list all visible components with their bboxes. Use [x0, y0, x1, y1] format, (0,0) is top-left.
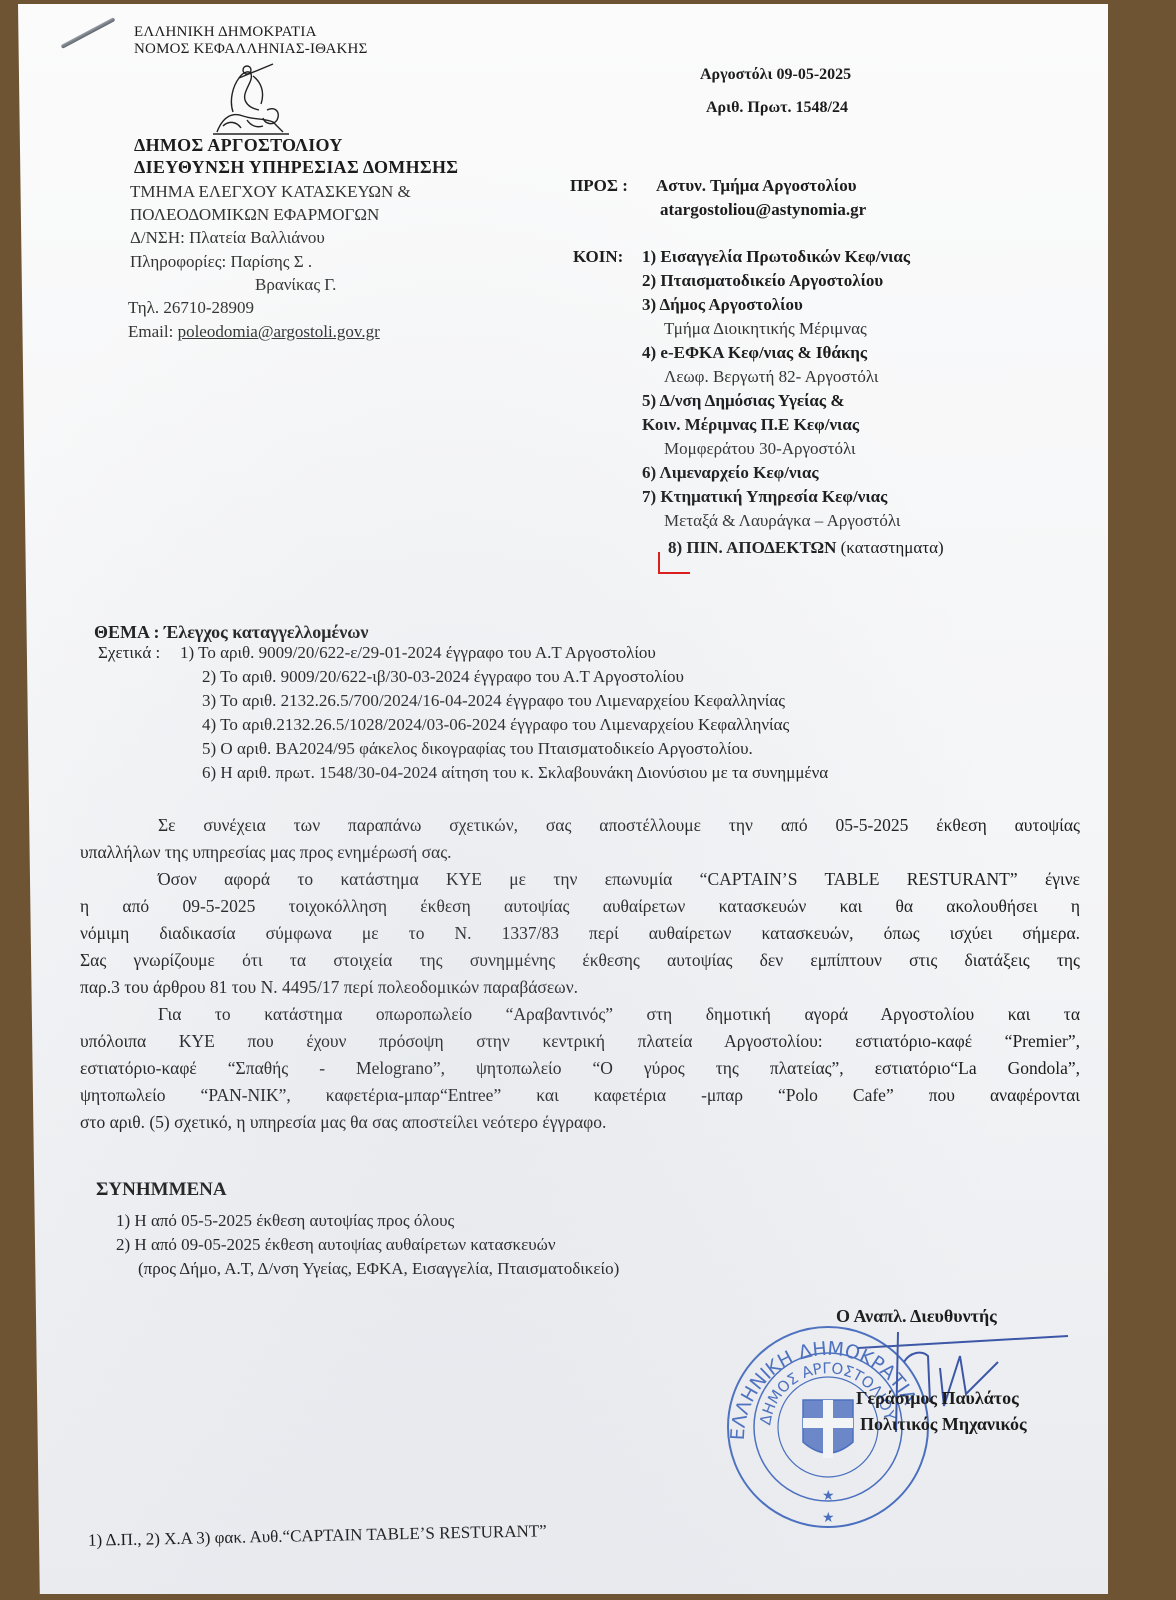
koin-item: 3) Δήμος Αργοστολίου	[642, 293, 910, 317]
body-line: υπόλοιπα ΚΥΕ που έχουν πρόσοψη στην κεντ…	[80, 1028, 1080, 1055]
department-line-1: ΤΜΗΜΑ ΕΛΕΓΧΟΥ ΚΑΤΑΣΚΕΥΩΝ &	[130, 180, 411, 203]
subject-label: ΘΕΜΑ :	[94, 622, 160, 642]
koin-item: Τμήμα Διοικητικής Μέριμνας	[642, 317, 910, 341]
email-link[interactable]: poleodomia@argostoli.gov.gr	[178, 322, 380, 341]
related-item: 3) Το αριθ. 2132.26.5/700/2024/16-04-202…	[180, 689, 828, 713]
staple-icon	[61, 17, 116, 49]
koin-item: 2) Πταισματοδικείο Αργοστολίου	[642, 269, 910, 293]
recipient-email[interactable]: atargostoliou@astynomia.gr	[660, 200, 866, 220]
info-second-contact: Βρανίκας Γ.	[255, 273, 336, 296]
koin-item-8: 8) ΠΙΝ. ΑΠΟΔΕΚΤΩΝ (καταστηματα)	[668, 538, 944, 558]
related-list: 1) Το αριθ. 9009/20/622-ε/29-01-2024 έγγ…	[180, 641, 828, 785]
body-line: Σε συνέχεια των παραπάνω σχετικών, σας α…	[80, 812, 1080, 839]
body-line: νόμιμη διαδικασία σύμφωνα με το Ν. 1337/…	[80, 920, 1080, 947]
body-line: η από 09-5-2025 τοιχοκόλληση έκθεση αυτο…	[80, 893, 1080, 920]
country-header: ΕΛΛΗΝΙΚΗ ΔΗΜΟΚΡΑΤΙΑ	[134, 24, 317, 41]
related-item: 1) Το αριθ. 9009/20/622-ε/29-01-2024 έγγ…	[180, 641, 828, 665]
recipient-label: ΠΡΟΣ :	[570, 176, 628, 196]
signatory-name: Γεράσιμος Παυλάτος	[856, 1388, 1019, 1409]
attachments-list: 1) Η από 05-5-2025 έκθεση αυτοψίας προς …	[116, 1209, 619, 1281]
koin-item: Μομφεράτου 30-Αργοστόλι	[642, 437, 910, 461]
email-row: Email: poleodomia@argostoli.gov.gr	[128, 320, 380, 343]
related-item: 5) Ο αριθ. ΒΑ2024/95 φάκελος δικογραφίας…	[180, 737, 828, 761]
prefecture-header: ΝΟΜΟΣ ΚΕΦΑΛΛΗΝΙΑΣ-ΙΘΑΚΗΣ	[134, 41, 368, 58]
koin-label: ΚΟΙΝ:	[573, 245, 623, 269]
protocol-number: Αριθ. Πρωτ. 1548/24	[706, 99, 848, 117]
koin-item: 1) Εισαγγελία Πρωτοδικών Κεφ/νιας	[642, 245, 910, 269]
attachment-item: 1) Η από 05-5-2025 έκθεση αυτοψίας προς …	[116, 1209, 619, 1233]
letter-page: ΕΛΛΗΝΙΚΗ ΔΗΜΟΚΡΑΤΙΑ ΝΟΜΟΣ ΚΕΦΑΛΛΗΝΙΑΣ-ΙΘ…	[18, 4, 1108, 1594]
body-line: στο αριθ. (5) σχετικό, η υπηρεσία μας θα…	[80, 1109, 1080, 1136]
attachments-title: ΣΥΝΗΜΜΕΝΑ	[96, 1179, 227, 1201]
related-label: Σχετικά :	[98, 641, 160, 665]
body-line: Όσον αφορά το κατάστημα ΚΥΕ με την επωνυ…	[80, 866, 1080, 893]
subject-text: Έλεγχος καταγγελλομένων	[164, 622, 368, 642]
attachment-item: (προς Δήμο, Α.Τ, Δ/νση Υγείας, ΕΦΚΑ, Εισ…	[116, 1257, 619, 1281]
coat-of-arms-cross-icon	[803, 1400, 853, 1458]
koin-item: Μεταξά & Λαυράγκα – Αργοστόλι	[642, 509, 910, 533]
body-text: Σε συνέχεια των παραπάνω σχετικών, σας α…	[80, 812, 1080, 1136]
related-item: 4) Το αριθ.2132.26.5/1028/2024/03-06-202…	[180, 713, 828, 737]
subject-line: ΘΕΜΑ : Έλεγχος καταγγελλομένων	[94, 622, 368, 643]
koin-item: Κοιν. Μέριμνας Π.Ε Κεφ/νιας	[642, 413, 910, 437]
koin-item: 5) Δ/νση Δημόσιας Υγείας &	[642, 389, 910, 413]
body-line: Για το κατάστημα οπωροπωλείο “Αραβαντινό…	[80, 1001, 1080, 1028]
koin-item: Λεωφ. Βεργωτή 82- Αργοστόλι	[642, 365, 910, 389]
attachment-item: 2) Η από 09-05-2025 έκθεση αυτοψίας αυθα…	[116, 1233, 619, 1257]
municipality-name: ΔΗΜΟΣ ΑΡΓΟΣΤΟΛΙΟΥ	[134, 134, 343, 156]
directorate-name: ΔΙΕΥΘΥΝΣΗ ΥΠΗΡΕΣΙΑΣ ΔΟΜΗΣΗΣ	[134, 156, 458, 178]
svg-text:★: ★	[822, 1510, 835, 1526]
info-contacts: Πληροφορίες: Παρίσης Σ .	[130, 250, 312, 273]
address: Δ/ΝΣΗ: Πλατεία Βαλλιάνου	[130, 226, 325, 249]
body-line: εστιατόριο-καφέ “Σπαθής - Melograno”, ψη…	[80, 1055, 1080, 1082]
body-line: Σας γνωρίζουμε ότι τα στοιχεία της συνημ…	[80, 947, 1080, 974]
svg-text:★: ★	[822, 1488, 835, 1504]
body-line: παρ.3 του άρθρου 81 του Ν. 4495/17 περί …	[80, 974, 1080, 1001]
related-item: 2) Το αριθ. 9009/20/622-ιβ/30-03-2024 έγ…	[180, 665, 828, 689]
body-line: υπαλλήλων της υπηρεσίας μας προς ενημέρω…	[80, 839, 1080, 866]
koin-item-8-note: (καταστηματα)	[841, 538, 944, 557]
koin-item: 6) Λιμεναρχείο Κεφ/νιας	[642, 461, 910, 485]
signatory-title: Πολιτικός Μηχανικός	[860, 1414, 1027, 1435]
place-date: Αργοστόλι 09-05-2025	[700, 66, 851, 84]
department-line-2: ΠΟΛΕΟΔΟΜΙΚΩΝ ΕΦΑΡΜΟΓΩΝ	[130, 203, 379, 226]
distribution-footer: 1) Δ.Π., 2) Χ.Α 3) φακ. Αυθ.“CAPTAIN TAB…	[88, 1521, 547, 1551]
phone: Τηλ. 26710-28909	[128, 296, 254, 319]
koin-item-8-label: 8) ΠΙΝ. ΑΠΟΔΕΚΤΩΝ	[668, 538, 836, 557]
koin-item: 4) e-ΕΦΚΑ Κεφ/νιας & Ιθάκης	[642, 341, 910, 365]
recipient-name: Αστυν. Τμήμα Αργοστολίου	[656, 176, 857, 196]
koin-item: 7) Κτηματική Υπηρεσία Κεφ/νιας	[642, 485, 910, 509]
body-line: ψητοπωλείο “PAN-NIK”, καφετέρια-μπαρ“Ent…	[80, 1082, 1080, 1109]
statue-emblem-icon	[203, 60, 295, 136]
related-item: 6) Η αριθ. πρωτ. 1548/30-04-2024 αίτηση …	[180, 761, 828, 785]
koin-list: 1) Εισαγγελία Πρωτοδικών Κεφ/νιας2) Πται…	[642, 245, 910, 533]
email-label: Email:	[128, 322, 173, 341]
